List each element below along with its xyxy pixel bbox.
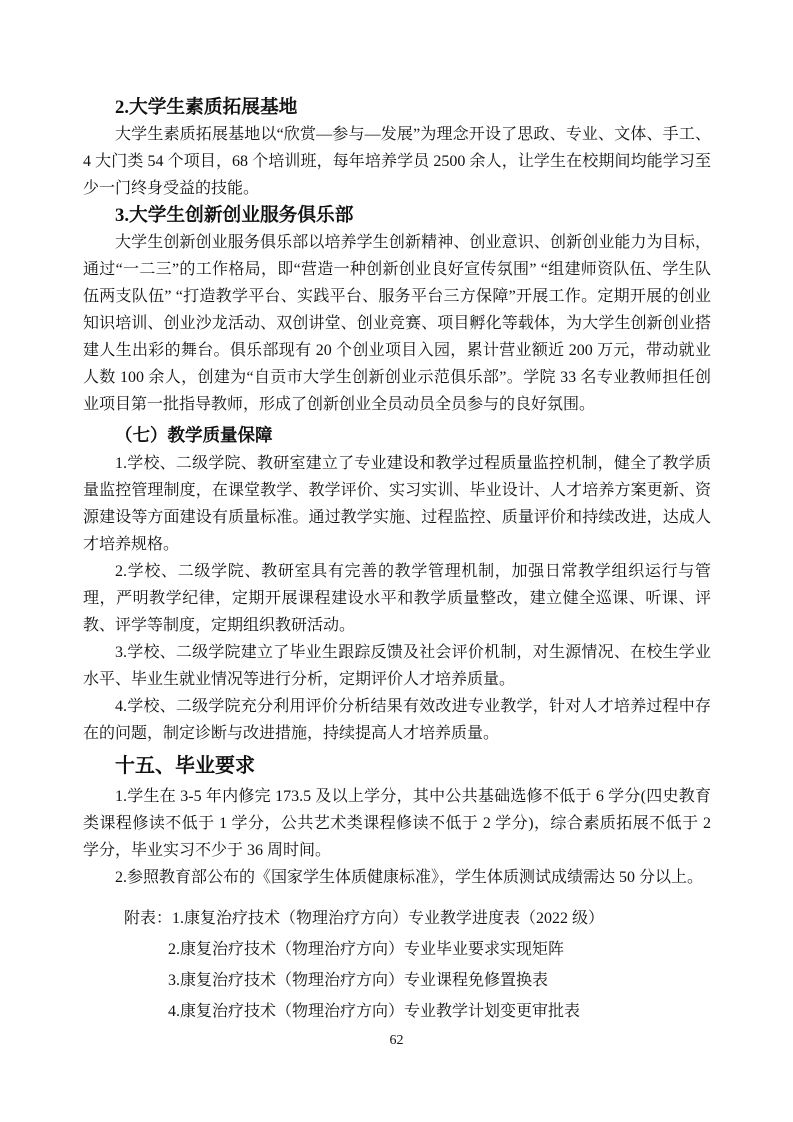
paragraph-graduation-credits: 1.学生在 3-5 年内修完 173.5 及以上学分，其中公共基础选修不低于 6… — [83, 783, 711, 864]
document-content: 2.大学生素质拓展基地 大学生素质拓展基地以“欣赏—参与—发展”为理念开设了思政… — [83, 94, 711, 1027]
appendix-list: 附表：1.康复治疗技术（物理治疗方向）专业教学进度表（2022 级） 2.康复治… — [83, 903, 711, 1027]
paragraph-innovation-club: 大学生创新创业服务俱乐部以培养学生创新精神、创业意识、创新创业能力为目标，通过“… — [83, 229, 711, 418]
paragraph-quality-item-3: 3.学校、二级学院建立了毕业生跟踪反馈及社会评价机制，对生源情况、在校生学业水平… — [83, 639, 711, 693]
heading-quality-development-base: 2.大学生素质拓展基地 — [83, 94, 711, 121]
appendix-item-3: 3.康复治疗技术（物理治疗方向）专业课程免修置换表 — [83, 965, 711, 996]
appendix-item-1-text: 1.康复治疗技术（物理治疗方向）专业教学进度表（2022 级） — [172, 910, 604, 927]
appendix-label: 附表： — [124, 910, 172, 927]
paragraph-quality-development-base: 大学生素质拓展基地以“欣赏—参与—发展”为理念开设了思政、专业、文体、手工、4 … — [83, 121, 711, 202]
appendix-item-4: 4.康复治疗技术（物理治疗方向）专业教学计划变更审批表 — [83, 996, 711, 1027]
paragraph-quality-item-1: 1.学校、二级学院、教研室建立了专业建设和教学过程质量监控机制，健全了教学质量监… — [83, 450, 711, 558]
appendix-item-1: 附表：1.康复治疗技术（物理治疗方向）专业教学进度表（2022 级） — [83, 903, 711, 934]
heading-innovation-club: 3.大学生创新创业服务俱乐部 — [83, 202, 711, 229]
paragraph-quality-item-2: 2.学校、二级学院、教研室具有完善的教学管理机制，加强日常教学组织运行与管理，严… — [83, 558, 711, 639]
document-page: 2.大学生素质拓展基地 大学生素质拓展基地以“欣赏—参与—发展”为理念开设了思政… — [0, 0, 793, 1122]
page-number: 62 — [0, 1031, 793, 1051]
appendix-item-2: 2.康复治疗技术（物理治疗方向）专业毕业要求实现矩阵 — [83, 934, 711, 965]
paragraph-quality-item-4: 4.学校、二级学院充分利用评价分析结果有效改进专业教学，针对人才培养过程中存在的… — [83, 693, 711, 747]
heading-teaching-quality-assurance: （七）教学质量保障 — [83, 420, 711, 450]
heading-graduation-requirements: 十五、毕业要求 — [83, 749, 711, 783]
paragraph-graduation-fitness: 2.参照教育部公布的《国家学生体质健康标准》，学生体质测试成绩需达 50 分以上… — [83, 864, 711, 891]
